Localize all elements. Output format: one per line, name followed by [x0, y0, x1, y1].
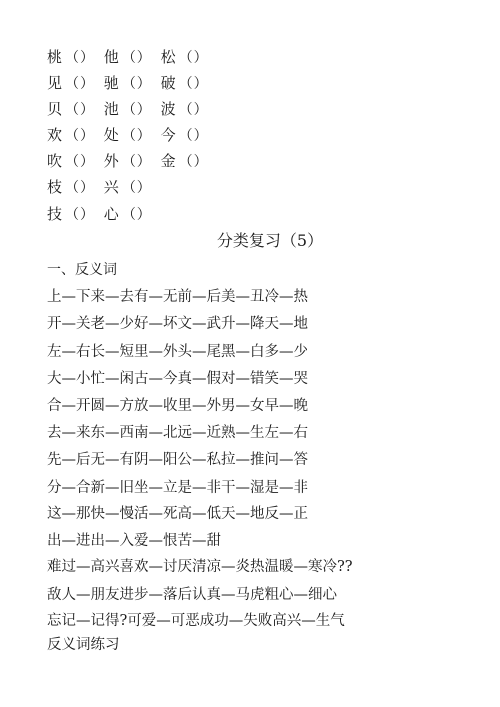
blank-parens: （）	[122, 153, 152, 171]
blank-parens: （）	[122, 206, 152, 224]
char: 池	[104, 100, 119, 118]
char-row: 欢（） 处（） 今（）	[47, 126, 213, 144]
blank-parens: （）	[179, 49, 209, 67]
antonym-line: 去—来东—西南—北远—近熟—生左—右	[47, 424, 308, 442]
char-item: 池（）	[104, 100, 152, 119]
antonym-line: 合—开圆—方放—收里—外男—女早—晚	[47, 397, 308, 415]
blank-parens: （）	[65, 206, 95, 224]
blank-parens: （）	[65, 127, 95, 145]
char-item: 桃（）	[47, 48, 95, 67]
char-item: 他（）	[104, 48, 152, 67]
blank-parens: （）	[179, 101, 209, 119]
exercise-heading: 反义词练习	[47, 636, 120, 654]
char: 松	[161, 48, 176, 66]
antonym-line: 忘记—记得?可爱—可恶成功—失败高兴—生气	[47, 612, 345, 630]
antonym-line: 出—进出—入爱—恨苦—甜	[47, 532, 221, 550]
blank-parens: （）	[65, 49, 95, 67]
antonym-line: 左—右长—短里—外头—尾黑—白多—少	[47, 343, 308, 361]
char: 桃	[47, 48, 62, 66]
char: 波	[161, 100, 176, 118]
char: 驰	[104, 74, 119, 92]
char-item: 欢（）	[47, 126, 95, 145]
char: 吹	[47, 152, 62, 170]
char-item: 见（）	[47, 74, 95, 93]
blank-parens: （）	[179, 75, 209, 93]
blank-parens: （）	[122, 75, 152, 93]
char: 外	[104, 152, 119, 170]
char: 兴	[104, 178, 119, 196]
blank-parens: （）	[65, 101, 95, 119]
blank-parens: （）	[179, 153, 209, 171]
char-item: 兴（）	[104, 178, 152, 197]
char-item: 外（）	[104, 152, 152, 171]
char-item: 驰（）	[104, 74, 152, 93]
char: 处	[104, 126, 119, 144]
char-row: 贝（） 池（） 波（）	[47, 100, 213, 118]
blank-parens: （）	[65, 179, 95, 197]
char: 他	[104, 48, 119, 66]
char-item: 处（）	[104, 126, 152, 145]
blank-parens: （）	[122, 49, 152, 67]
antonym-line: 大—小忙—闲古—今真—假对—错笑—哭	[47, 370, 308, 388]
char-item: 波（）	[161, 100, 209, 119]
page-title: 分类复习（5）	[0, 231, 500, 251]
char: 见	[47, 74, 62, 92]
char-item: 技（）	[47, 205, 95, 224]
char: 技	[47, 205, 62, 223]
antonym-line: 敌人—朋友进步—落后认真—马虎粗心—细心	[47, 586, 337, 604]
blank-parens: （）	[65, 75, 95, 93]
antonym-line: 难过—高兴喜欢—讨厌清凉—炎热温暖—寒冷??	[47, 558, 353, 576]
char-item: 今（）	[161, 126, 209, 145]
section-heading: 一、反义词	[47, 261, 117, 279]
char-item: 心（）	[104, 205, 152, 224]
antonym-line: 开—关老—少好—坏文—武升—降天—地	[47, 315, 308, 333]
char-row: 枝（） 兴（）	[47, 178, 156, 196]
blank-parens: （）	[122, 179, 152, 197]
document-page: 桃（） 他（） 松（） 见（） 驰（） 破（） 贝（） 池（） 波（） 欢（） …	[0, 0, 500, 707]
antonym-line: 先—后无—有阴—阳公—私拉—推问—答	[47, 451, 308, 469]
blank-parens: （）	[65, 153, 95, 171]
char: 枝	[47, 178, 62, 196]
char-row: 技（） 心（）	[47, 205, 156, 223]
char-row: 桃（） 他（） 松（）	[47, 48, 213, 66]
char: 今	[161, 126, 176, 144]
antonym-line: 上—下来—去有—无前—后美—丑冷—热	[47, 288, 308, 306]
char-item: 金（）	[161, 152, 209, 171]
char-row: 吹（） 外（） 金（）	[47, 152, 213, 170]
char-item: 枝（）	[47, 178, 95, 197]
char-item: 松（）	[161, 48, 209, 67]
char: 金	[161, 152, 176, 170]
blank-parens: （）	[122, 127, 152, 145]
antonym-line: 这—那快—慢活—死高—低天—地反—正	[47, 505, 308, 523]
char-row: 见（） 驰（） 破（）	[47, 74, 213, 92]
blank-parens: （）	[122, 101, 152, 119]
char: 破	[161, 74, 176, 92]
char-item: 贝（）	[47, 100, 95, 119]
char: 欢	[47, 126, 62, 144]
char: 贝	[47, 100, 62, 118]
char-item: 吹（）	[47, 152, 95, 171]
blank-parens: （）	[179, 127, 209, 145]
char: 心	[104, 205, 119, 223]
char-item: 破（）	[161, 74, 209, 93]
antonym-line: 分—合新—旧坐—立是—非干—湿是—非	[47, 479, 308, 497]
